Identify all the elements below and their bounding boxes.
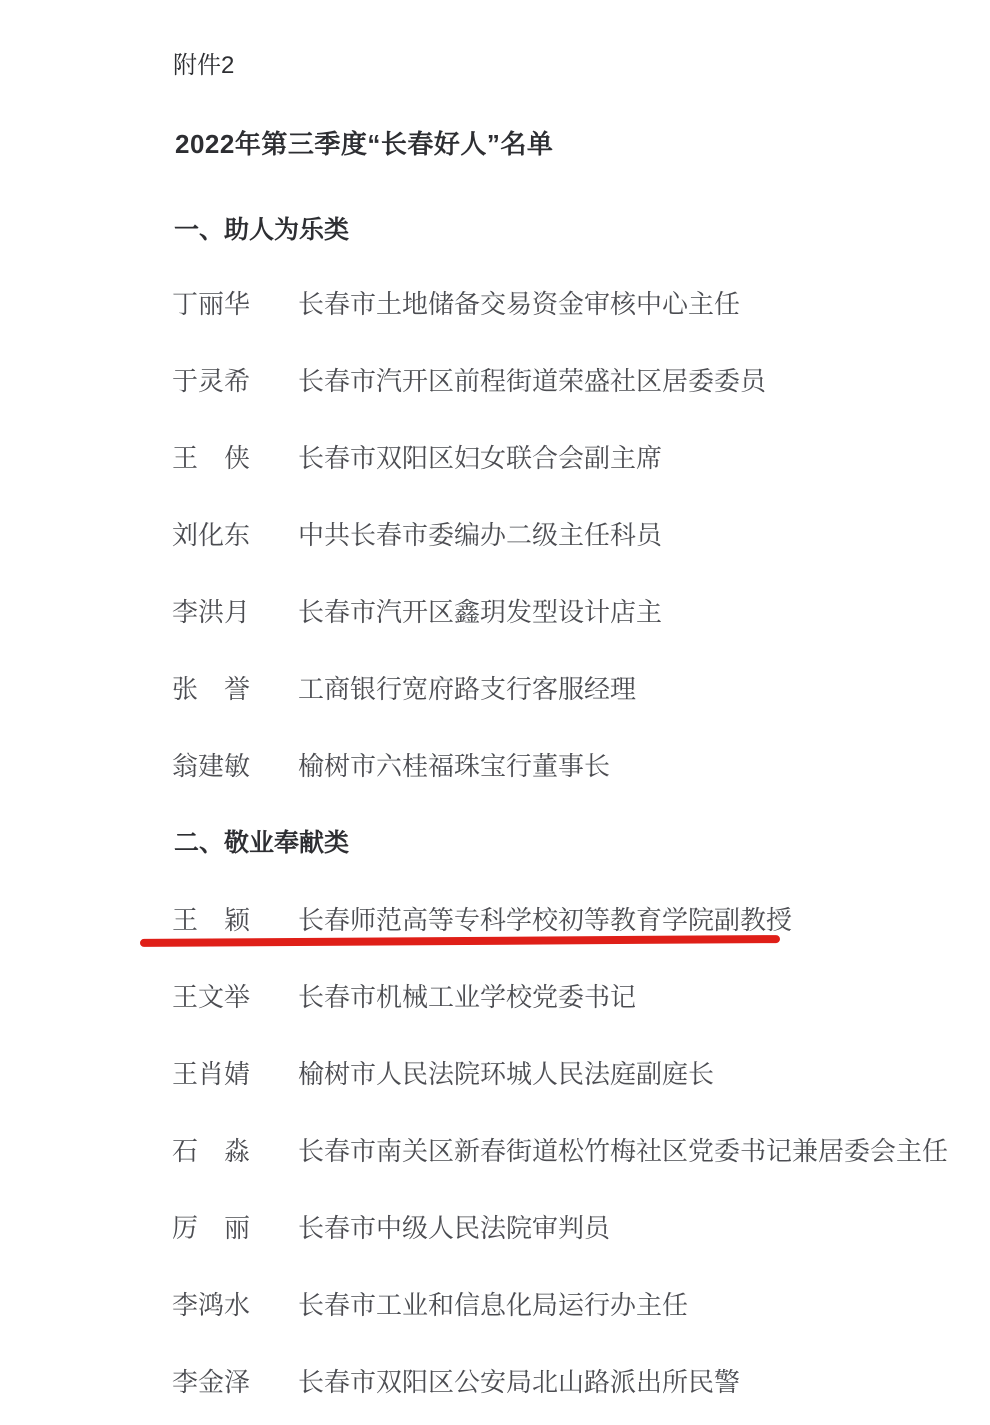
list-entry: 王文举 长春市机械工业学校党委书记 xyxy=(172,983,636,1013)
entry-name: 于灵希 xyxy=(172,367,298,397)
entry-position: 榆树市六桂福珠宝行董事长 xyxy=(298,752,610,782)
entry-name: 王肖婧 xyxy=(172,1060,298,1090)
list-entry: 李洪月 长春市汽开区鑫玥发型设计店主 xyxy=(172,598,662,628)
document-title: 2022年第三季度“长春好人”名单 xyxy=(175,130,553,159)
entry-position: 长春市汽开区鑫玥发型设计店主 xyxy=(298,598,662,628)
entry-position: 长春市工业和信息化局运行办主任 xyxy=(298,1291,688,1321)
document-page: 附件2 2022年第三季度“长春好人”名单 一、助人为乐类 丁丽华 长春市土地储… xyxy=(0,0,990,1425)
list-entry: 刘化东 中共长春市委编办二级主任科员 xyxy=(172,521,662,551)
entry-position: 长春市机械工业学校党委书记 xyxy=(298,983,636,1013)
entry-name: 刘化东 xyxy=(172,521,298,551)
attachment-label: 附件2 xyxy=(173,53,234,79)
list-entry: 翁建敏 榆树市六桂福珠宝行董事长 xyxy=(172,752,610,782)
entry-name: 石 淼 xyxy=(172,1137,298,1167)
entry-name: 翁建敏 xyxy=(172,752,298,782)
list-entry: 王 侠 长春市双阳区妇女联合会副主席 xyxy=(172,444,662,474)
list-entry: 厉 丽 长春市中级人民法院审判员 xyxy=(172,1214,610,1244)
entry-name: 张 誉 xyxy=(172,675,298,705)
entry-position: 长春市双阳区妇女联合会副主席 xyxy=(298,444,662,474)
entry-position: 中共长春市委编办二级主任科员 xyxy=(298,521,662,551)
list-entry: 石 淼 长春市南关区新春街道松竹梅社区党委书记兼居委会主任 xyxy=(172,1137,948,1167)
list-entry: 李鸿水 长春市工业和信息化局运行办主任 xyxy=(172,1291,688,1321)
entry-name: 丁丽华 xyxy=(172,290,298,320)
entry-position: 长春市中级人民法院审判员 xyxy=(298,1214,610,1244)
red-underline-annotation xyxy=(140,935,780,947)
entry-name: 厉 丽 xyxy=(172,1214,298,1244)
list-entry-highlighted: 王 颖 长春师范高等专科学校初等教育学院副教授 xyxy=(172,906,792,936)
entry-position: 工商银行宽府路支行客服经理 xyxy=(298,675,636,705)
entry-position: 长春市南关区新春街道松竹梅社区党委书记兼居委会主任 xyxy=(298,1137,948,1167)
entry-name: 李洪月 xyxy=(172,598,298,628)
list-entry: 王肖婧 榆树市人民法院环城人民法庭副庭长 xyxy=(172,1060,714,1090)
entry-name: 王 侠 xyxy=(172,444,298,474)
entry-position: 长春市双阳区公安局北山路派出所民警 xyxy=(298,1368,740,1398)
list-entry: 李金泽 长春市双阳区公安局北山路派出所民警 xyxy=(172,1368,740,1398)
section-heading-helpfulness: 一、助人为乐类 xyxy=(174,217,349,245)
entry-position: 榆树市人民法院环城人民法庭副庭长 xyxy=(298,1060,714,1090)
entry-position: 长春市土地储备交易资金审核中心主任 xyxy=(298,290,740,320)
entry-position: 长春师范高等专科学校初等教育学院副教授 xyxy=(298,906,792,936)
entry-name: 王文举 xyxy=(172,983,298,1013)
entry-name: 李鸿水 xyxy=(172,1291,298,1321)
list-entry: 张 誉 工商银行宽府路支行客服经理 xyxy=(172,675,636,705)
entry-name: 李金泽 xyxy=(172,1368,298,1398)
list-entry: 丁丽华 长春市土地储备交易资金审核中心主任 xyxy=(172,290,740,320)
list-entry: 于灵希 长春市汽开区前程街道荣盛社区居委委员 xyxy=(172,367,766,397)
section-heading-dedication: 二、敬业奉献类 xyxy=(174,830,349,858)
entry-position: 长春市汽开区前程街道荣盛社区居委委员 xyxy=(298,367,766,397)
entry-name: 王 颖 xyxy=(172,906,298,936)
